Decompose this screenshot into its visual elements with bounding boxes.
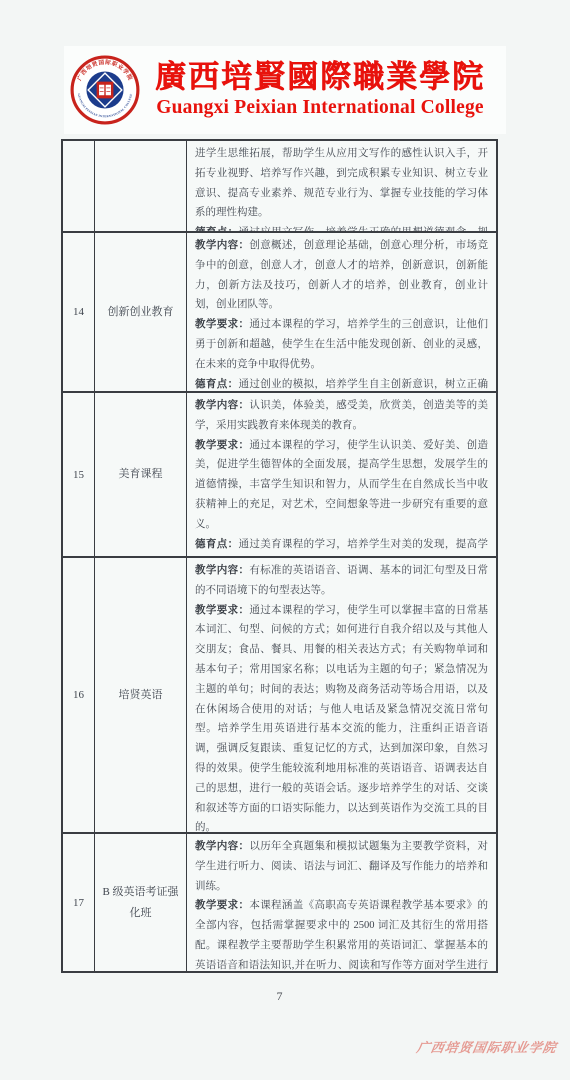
course-name-cell: 培贤英语 (95, 558, 187, 832)
watermark-text: 广西培贤国际职业学院 (415, 1037, 558, 1056)
page-number: 7 (61, 989, 498, 1004)
college-title-chinese: 廣西培賢國際職業學院 (140, 61, 500, 94)
course-content-cell: 教学内容：以历年全真题集和模拟试题集为主要教学资料，对学生进行听力、阅读、语法与… (187, 834, 496, 971)
course-name-cell: 创新创业教育 (95, 233, 187, 391)
table-row: 16 培贤英语 教学内容：有标准的英语语音、语调、基本的词汇句型及日常的不同语境… (63, 556, 496, 832)
course-content-cell: 进学生思维拓展，帮助学生从应用文写作的感性认识入手，开拓专业视野、培养写作兴趣，… (187, 141, 496, 231)
course-content-cell: 教学内容：认识美，体验美，感受美，欣赏美，创造美等的美学，采用实践教育来体现美的… (187, 393, 496, 556)
content-paragraph: 德育点：通过应用文写作，培养学生正确的思想道德观念，规范自身的行为规范，树立正确… (195, 223, 488, 231)
college-logo-icon: 广西培贤国际职业学院 GUANGXI PEIXIAN INTERNATIONAL… (70, 55, 140, 125)
row-number-cell: 16 (63, 558, 95, 832)
header-titles: 廣西培賢國際職業學院 Guangxi Peixian International… (140, 61, 506, 119)
course-name-cell: B 级英语考证强化班 (95, 834, 187, 971)
college-title-english: Guangxi Peixian International College (140, 97, 500, 119)
table-row: 14 创新创业教育 教学内容：创意概述，创意理论基础，创意心理分析，市场竞争中的… (63, 231, 496, 391)
content-paragraph: 教学内容：以历年全真题集和模拟试题集为主要教学资料，对学生进行听力、阅读、语法与… (195, 837, 488, 896)
content-paragraph: 教学要求：通过本课程的学习，培养学生的三创意识，让他们勇于创新和超越，使学生在生… (195, 315, 488, 374)
content-paragraph: 教学要求：通过本课程的学习，使学生可以掌握丰富的日常基本词汇、句型、问候的方式；… (195, 601, 488, 832)
content-paragraph: 进学生思维拓展，帮助学生从应用文写作的感性认识入手，开拓专业视野、培养写作兴趣，… (195, 144, 488, 223)
course-table: 进学生思维拓展，帮助学生从应用文写作的感性认识入手，开拓专业视野、培养写作兴趣，… (61, 139, 498, 973)
row-number-cell: 17 (63, 834, 95, 971)
course-content-cell: 教学内容：创意概述，创意理论基础，创意心理分析，市场竞争中的创意，创意人才，创意… (187, 233, 496, 391)
content-paragraph: 教学内容：创意概述，创意理论基础，创意心理分析，市场竞争中的创意，创意人才，创意… (195, 236, 488, 315)
content-paragraph: 教学要求：通过本课程的学习，使学生认识美、爱好美、创造美，促进学生德智体的全面发… (195, 436, 488, 535)
college-header: 广西培贤国际职业学院 GUANGXI PEIXIAN INTERNATIONAL… (64, 46, 506, 134)
table-row: 17 B 级英语考证强化班 教学内容：以历年全真题集和模拟试题集为主要教学资料，… (63, 832, 496, 971)
table-row: 15 美育课程 教学内容：认识美，体验美，感受美，欣赏美，创造美等的美学，采用实… (63, 391, 496, 556)
row-number-cell: 15 (63, 393, 95, 556)
course-name-cell (95, 141, 187, 231)
content-paragraph: 教学要求：本课程涵盖《高职高专英语课程教学基本要求》的全部内容，包括需掌握要求中… (195, 896, 488, 971)
course-table-body: 进学生思维拓展，帮助学生从应用文写作的感性认识入手，开拓专业视野、培养写作兴趣，… (63, 141, 496, 971)
content-paragraph: 教学内容：认识美，体验美，感受美，欣赏美，创造美等的美学，采用实践教育来体现美的… (195, 396, 488, 436)
content-paragraph: 德育点：通过创业的模拟，培养学生自主创新意识，树立正确的人生观，规划自身发展。 (195, 375, 488, 391)
course-name-cell: 美育课程 (95, 393, 187, 556)
row-number-cell (63, 141, 95, 231)
content-paragraph: 教学内容：有标准的英语语音、语调、基本的词汇句型及日常的不同语境下的句型表达等。 (195, 561, 488, 601)
course-content-cell: 教学内容：有标准的英语语音、语调、基本的词汇句型及日常的不同语境下的句型表达等。… (187, 558, 496, 832)
row-number-cell: 14 (63, 233, 95, 391)
table-row: 进学生思维拓展，帮助学生从应用文写作的感性认识入手，开拓专业视野、培养写作兴趣，… (63, 141, 496, 231)
content-paragraph: 德育点：通过美育课程的学习，培养学生对美的发现，提高学生的思想道德境界，丰富学生… (195, 535, 488, 556)
